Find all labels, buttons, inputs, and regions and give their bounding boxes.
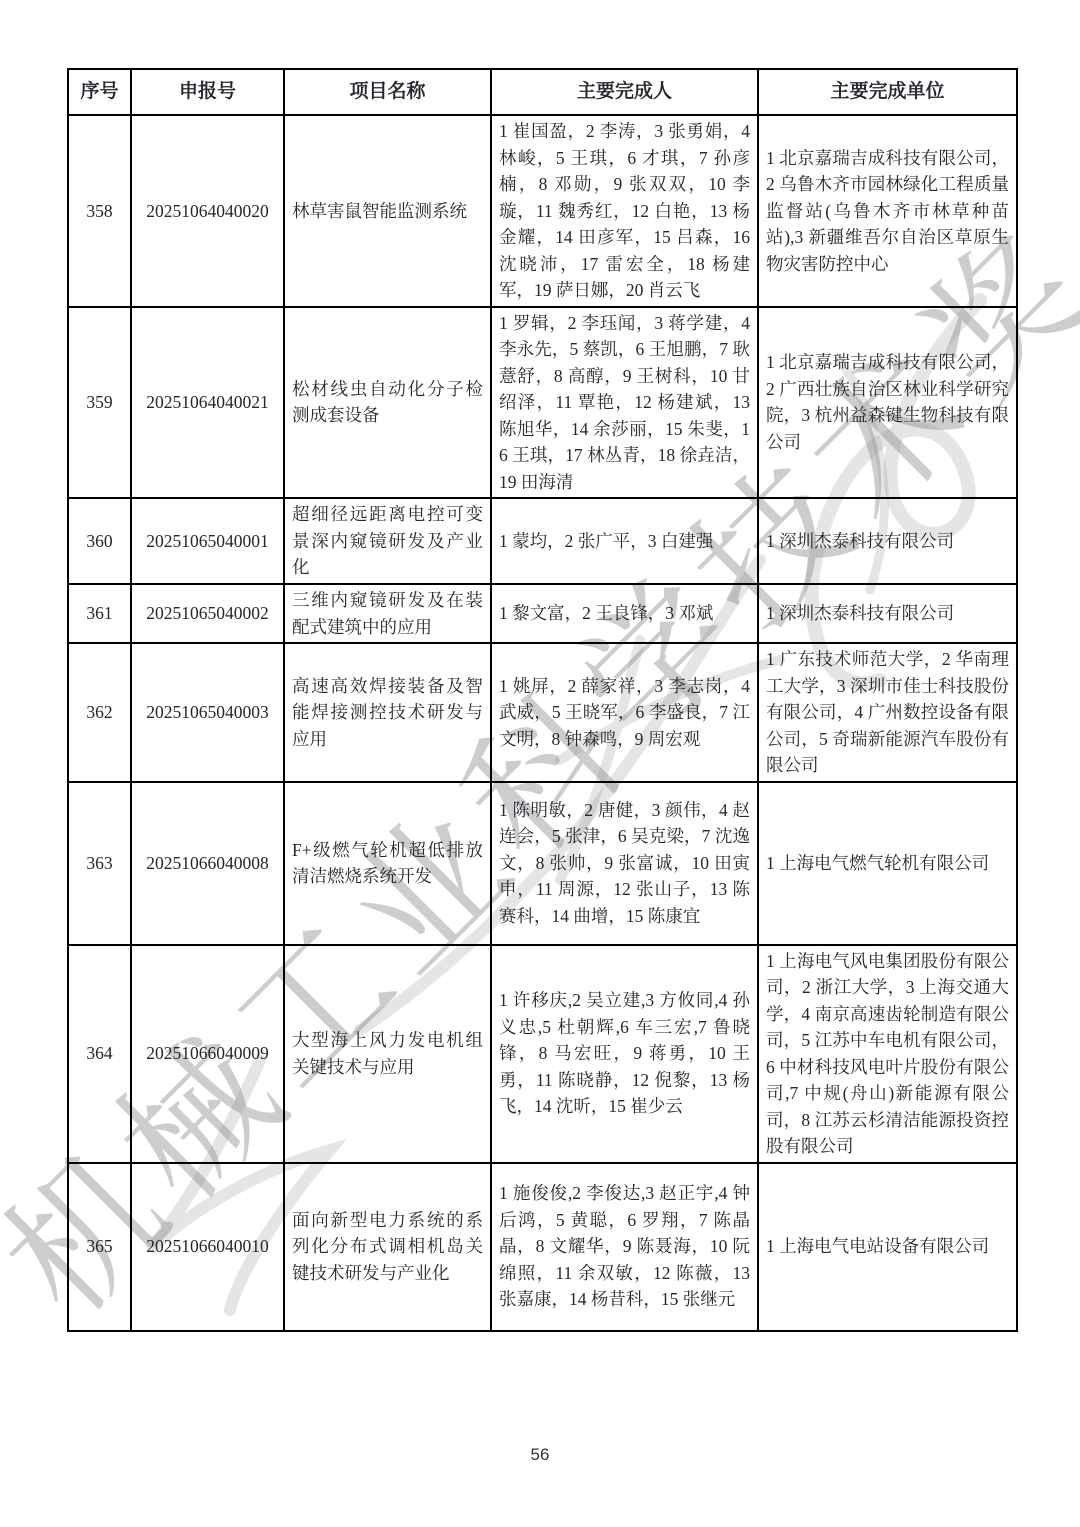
cell-main-units: 1 上海电气风电集团股份有限公司，2 浙江大学，3 上海交通大学，4 南京高速齿… [758, 945, 1017, 1163]
cell-main-contributors: 1 崔国盈，2 李涛，3 张勇娟，4 林峻，5 王琪，6 才琪，7 孙彦楠，8 … [491, 115, 758, 307]
cell-project-name: 高速高效焊接装备及智能焊接测控技术研发与应用 [284, 643, 491, 782]
cell-application-no: 20251064040021 [131, 307, 284, 499]
cell-main-units: 1 上海电气燃气轮机有限公司 [758, 782, 1017, 945]
table-header-row: 序号 申报号 项目名称 主要完成人 主要完成单位 [68, 69, 1017, 115]
cell-seq: 362 [68, 643, 131, 782]
cell-main-units: 1 深圳杰泰科技有限公司 [758, 584, 1017, 643]
awards-table: 序号 申报号 项目名称 主要完成人 主要完成单位 358 20251064040… [67, 68, 1018, 1332]
cell-main-contributors: 1 施俊俊,2 李俊达,3 赵正宇,4 钟后鸿，5 黄聪，6 罗翔，7 陈晶晶，… [491, 1163, 758, 1331]
cell-main-contributors: 1 姚屏，2 薛家祥，3 李志岗，4 武威，5 王晓军，6 李盛良，7 江文明，… [491, 643, 758, 782]
cell-main-units: 1 上海电气电站设备有限公司 [758, 1163, 1017, 1331]
cell-project-name: 林草害鼠智能监测系统 [284, 115, 491, 307]
table-body: 358 20251064040020 林草害鼠智能监测系统 1 崔国盈，2 李涛… [68, 115, 1017, 1331]
cell-project-name: F+级燃气轮机超低排放清洁燃烧系统开发 [284, 782, 491, 945]
cell-seq: 363 [68, 782, 131, 945]
cell-main-contributors: 1 蒙均，2 张广平，3 白建强 [491, 498, 758, 584]
cell-project-name: 三维内窥镜研发及在装配式建筑中的应用 [284, 584, 491, 643]
table-row: 359 20251064040021 松材线虫自动化分子检测成套设备 1 罗辑，… [68, 307, 1017, 499]
cell-project-name: 面向新型电力系统的系列化分布式调相机岛关键技术研发与产业化 [284, 1163, 491, 1331]
cell-seq: 359 [68, 307, 131, 499]
header-seq: 序号 [68, 69, 131, 115]
cell-seq: 364 [68, 945, 131, 1163]
cell-application-no: 20251066040008 [131, 782, 284, 945]
cell-project-name: 松材线虫自动化分子检测成套设备 [284, 307, 491, 499]
cell-seq: 365 [68, 1163, 131, 1331]
header-application-no: 申报号 [131, 69, 284, 115]
page-number: 56 [0, 1445, 1080, 1465]
cell-application-no: 20251064040020 [131, 115, 284, 307]
table-row: 362 20251065040003 高速高效焊接装备及智能焊接测控技术研发与应… [68, 643, 1017, 782]
cell-application-no: 20251066040009 [131, 945, 284, 1163]
cell-main-contributors: 1 黎文富，2 王良锋，3 邓斌 [491, 584, 758, 643]
cell-main-units: 1 广东技术师范大学，2 华南理工大学，3 深圳市佳士科技股份有限公司，4 广州… [758, 643, 1017, 782]
cell-main-contributors: 1 许移庆,2 吴立建,3 方攸同,4 孙义忠,5 杜朝辉,6 车三宏,7 鲁晓… [491, 945, 758, 1163]
table-row: 363 20251066040008 F+级燃气轮机超低排放清洁燃烧系统开发 1… [68, 782, 1017, 945]
header-project-name: 项目名称 [284, 69, 491, 115]
header-main-contributors: 主要完成人 [491, 69, 758, 115]
table-header: 序号 申报号 项目名称 主要完成人 主要完成单位 [68, 69, 1017, 115]
table-row: 361 20251065040002 三维内窥镜研发及在装配式建筑中的应用 1 … [68, 584, 1017, 643]
cell-seq: 360 [68, 498, 131, 584]
table-row: 364 20251066040009 大型海上风力发电机组关键技术与应用 1 许… [68, 945, 1017, 1163]
cell-application-no: 20251065040003 [131, 643, 284, 782]
cell-application-no: 20251066040010 [131, 1163, 284, 1331]
cell-project-name: 超细径远距离电控可变景深内窥镜研发及产业化 [284, 498, 491, 584]
cell-application-no: 20251065040002 [131, 584, 284, 643]
cell-application-no: 20251065040001 [131, 498, 284, 584]
cell-main-units: 1 深圳杰泰科技有限公司 [758, 498, 1017, 584]
header-main-units: 主要完成单位 [758, 69, 1017, 115]
cell-project-name: 大型海上风力发电机组关键技术与应用 [284, 945, 491, 1163]
cell-main-contributors: 1 陈明敏，2 唐健，3 颜伟，4 赵连会，5 张津，6 吴克梁，7 沈逸文，8… [491, 782, 758, 945]
table-row: 360 20251065040001 超细径远距离电控可变景深内窥镜研发及产业化… [68, 498, 1017, 584]
cell-main-units: 1 北京嘉瑞吉成科技有限公司，2 广西壮族自治区林业科学研究院，3 杭州益森键生… [758, 307, 1017, 499]
cell-main-units: 1 北京嘉瑞吉成科技有限公司，2 乌鲁木齐市园林绿化工程质量监督站(乌鲁木齐市林… [758, 115, 1017, 307]
table-row: 365 20251066040010 面向新型电力系统的系列化分布式调相机岛关键… [68, 1163, 1017, 1331]
cell-seq: 361 [68, 584, 131, 643]
cell-main-contributors: 1 罗辑，2 李珏闻，3 蒋学建，4 李永先，5 蔡凯，6 王旭鹏，7 耿薏舒，… [491, 307, 758, 499]
cell-seq: 358 [68, 115, 131, 307]
table-row: 358 20251064040020 林草害鼠智能监测系统 1 崔国盈，2 李涛… [68, 115, 1017, 307]
